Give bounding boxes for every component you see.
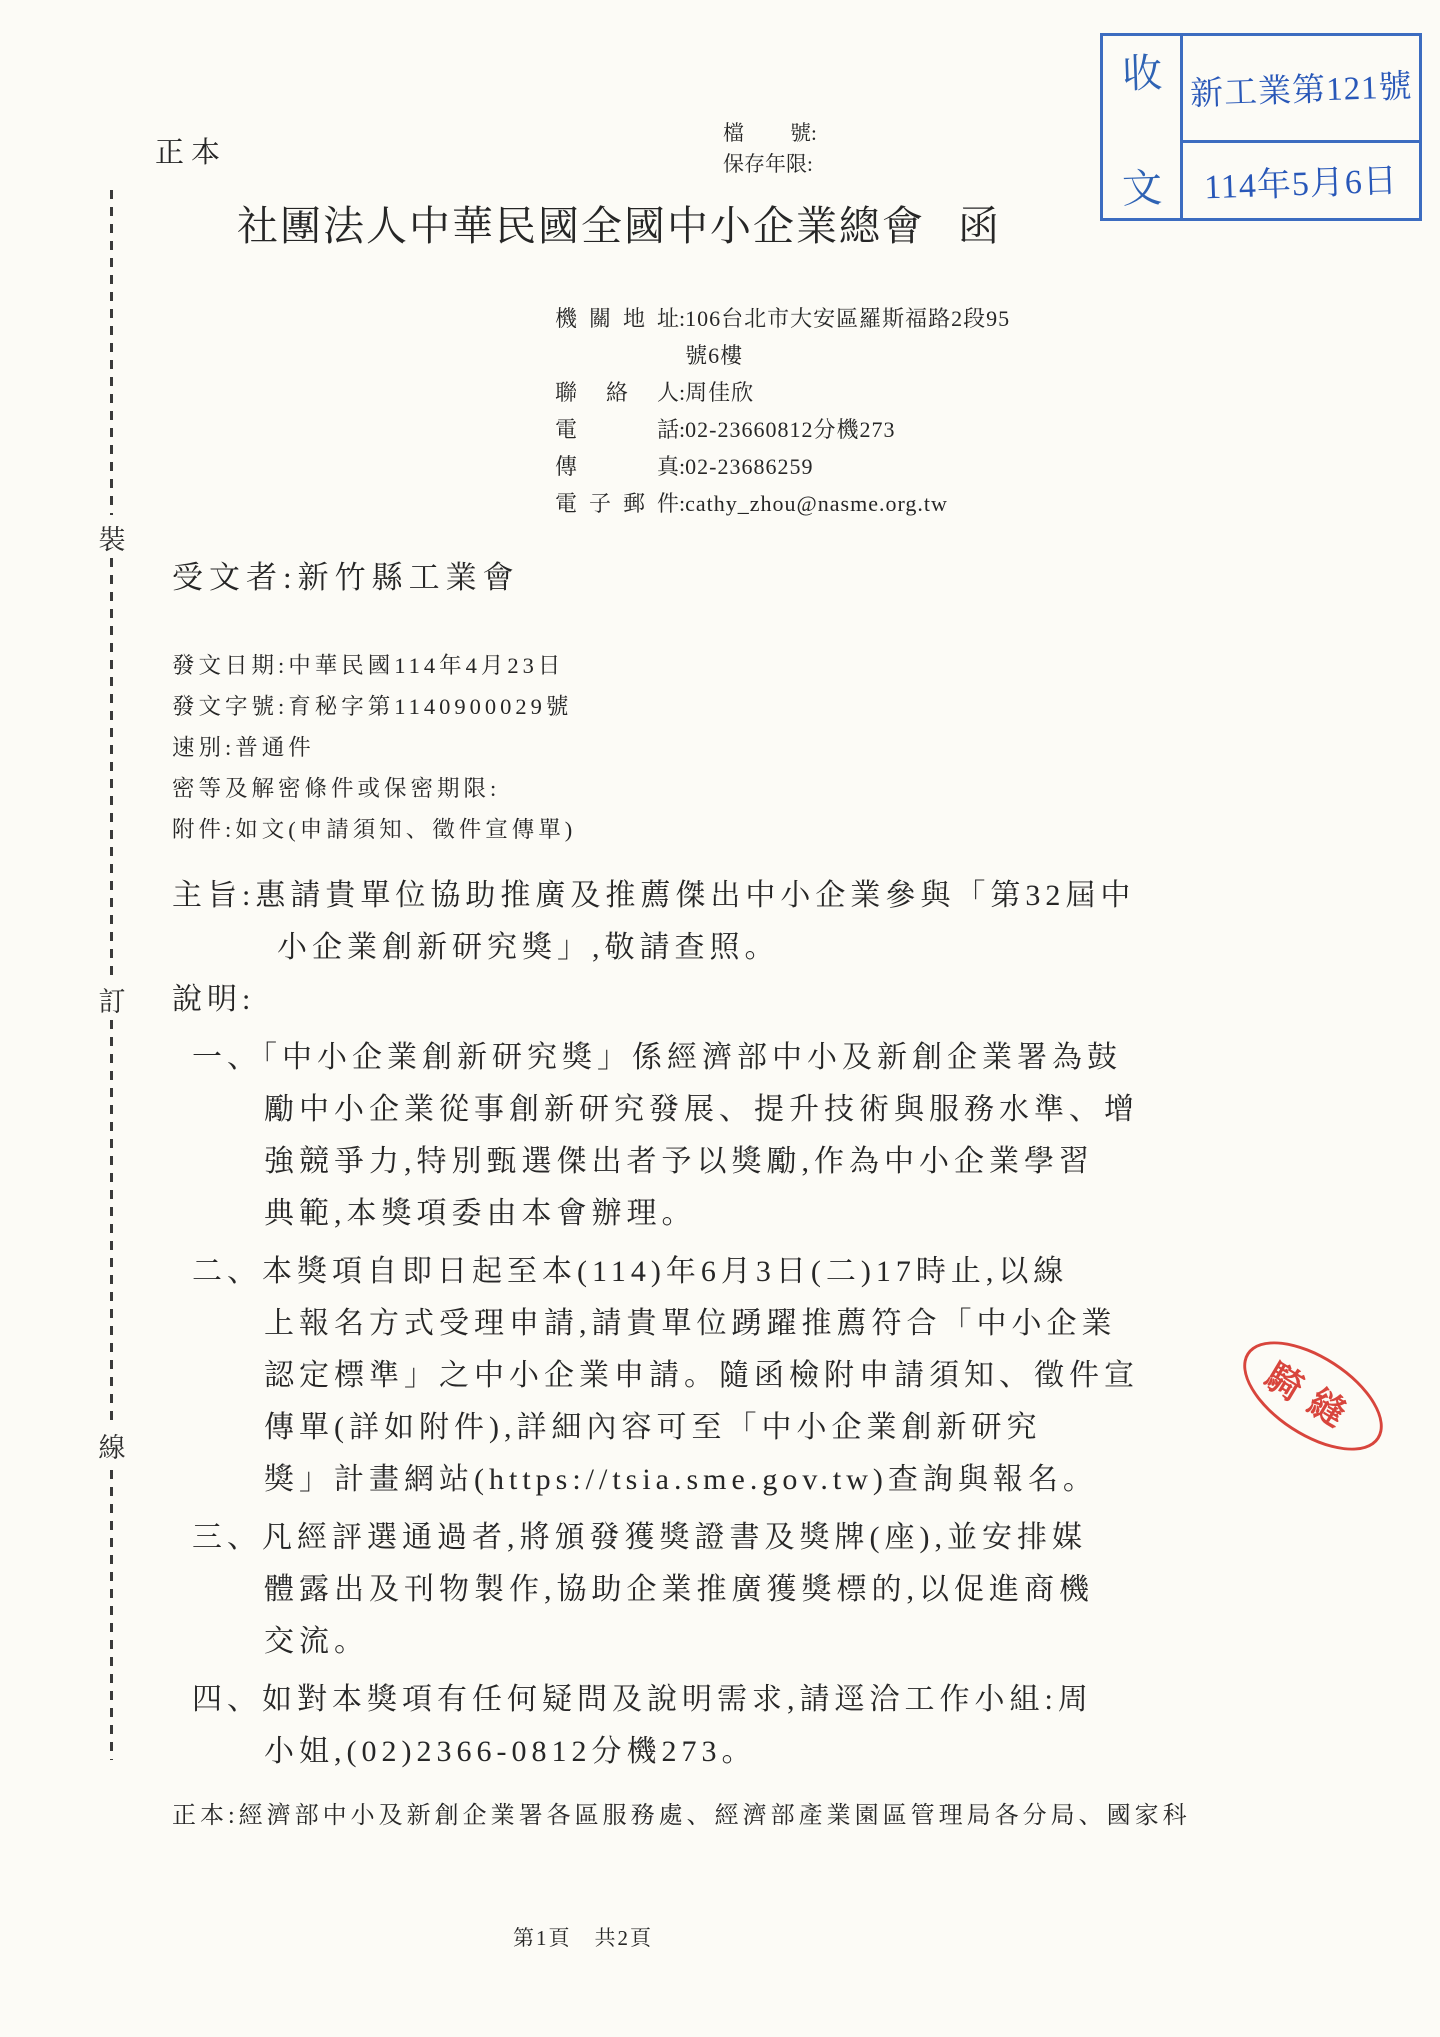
sender-fax-value: 02-23686259 xyxy=(685,448,813,485)
explanation-label: 說明: xyxy=(172,974,1292,1026)
file-number-label: 檔號 xyxy=(723,118,811,149)
sender-email-label: 電子郵件 xyxy=(555,485,679,522)
binding-dashed-line-segment xyxy=(110,190,113,515)
sender-contact-person-value: 周佳欣 xyxy=(685,374,754,411)
sender-fax-label: 傳真 xyxy=(555,448,679,485)
retention-row: 保存年限: xyxy=(723,149,817,180)
sender-email-value: cathy_zhou@nasme.org.tw xyxy=(685,485,948,522)
security-class-line: 密等及解密條件或保密期限: xyxy=(172,768,576,809)
sender-contact-person-label: 聯絡人 xyxy=(555,374,679,411)
explanation-item-4: 四、如對本獎項有任何疑問及說明需求,請逕洽工作小組:周 小姐,(02)2366-… xyxy=(192,1674,1292,1778)
explanation-item-2: 二、本獎項自即日起至本(114)年6月3日(二)17時止,以線 上報名方式受理申… xyxy=(192,1246,1292,1506)
file-number-colon: : xyxy=(811,118,817,149)
letter-body: 主旨:惠請貴單位協助推廣及推薦傑出中小企業參與「第32屆中 小企業創新研究獎」,… xyxy=(172,870,1292,1778)
subject-paragraph: 主旨:惠請貴單位協助推廣及推薦傑出中小企業參與「第32屆中 小企業創新研究獎」,… xyxy=(172,870,1292,974)
issue-date-line: 發文日期:中華民國114年4月23日 xyxy=(172,645,576,686)
binding-dashed-line-segment xyxy=(110,1020,113,1420)
binding-mark-xian: 線 xyxy=(93,1426,131,1465)
retention-label: 保存年限: xyxy=(723,149,813,180)
copy-type-label: 正本 xyxy=(155,130,227,171)
binding-mark-zhuang: 裝 xyxy=(93,518,131,557)
explanation-item-1: 一、「中小企業創新研究獎」係經濟部中小及新創企業署為鼓 勵中小企業從事創新研究發… xyxy=(192,1032,1292,1240)
sender-fax-row: 傳真:02-23686259 xyxy=(555,448,1010,485)
scanned-official-letter: 裝 訂 線 正本 檔號: 保存年限: 收 文 新工業第121號 114年5月6日… xyxy=(0,0,1440,2037)
explanation-item-3: 三、凡經評選通過者,將頒發獲獎證書及獎牌(座),並安排媒 體露出及刊物製作,協助… xyxy=(192,1512,1292,1668)
sender-address-value: 106台北市大安區羅斯福路2段95 號6樓 xyxy=(685,300,1010,374)
receipt-date-handwritten: 114年5月6日 xyxy=(1203,152,1398,208)
issuing-organization-name: 社團法人中華民國全國中小企業總會 xyxy=(237,193,925,252)
document-meta-block: 發文日期:中華民國114年4月23日 發文字號:育秘字第1140900029號 … xyxy=(172,645,576,850)
receipt-stamp-fields: 新工業第121號 114年5月6日 xyxy=(1183,36,1419,218)
sender-phone-value: 02-23660812分機273 xyxy=(685,411,895,448)
sender-contact-block: 機關地址:106台北市大安區羅斯福路2段95 號6樓 聯絡人:周佳欣 電話:02… xyxy=(555,300,1010,522)
document-title: 社團法人中華民國全國中小企業總會 函 xyxy=(237,193,999,252)
binding-mark-ding: 訂 xyxy=(93,980,131,1019)
binding-dashed-line-segment xyxy=(110,1470,113,1760)
issue-number-line: 發文字號:育秘字第1140900029號 xyxy=(172,686,576,727)
sender-contact-person-row: 聯絡人:周佳欣 xyxy=(555,374,1010,411)
receipt-stamp-char-wen: 文 xyxy=(1121,156,1163,214)
receipt-stamp-char-shou: 收 xyxy=(1121,41,1163,99)
file-number-row: 檔號: xyxy=(723,118,817,149)
sender-phone-row: 電話:02-23660812分機273 xyxy=(555,411,1010,448)
sender-address-row: 機關地址:106台北市大安區羅斯福路2段95 號6樓 xyxy=(555,300,1010,374)
receipt-stamp-vertical-label: 收 文 xyxy=(1103,36,1183,218)
page-number-footer: 第1頁 共2頁 xyxy=(513,1922,653,1952)
binding-dashed-line-segment xyxy=(110,558,113,976)
receipt-doc-number-cell: 新工業第121號 xyxy=(1183,36,1419,143)
recipient-line: 受文者:新竹縣工業會 xyxy=(172,552,520,597)
sender-address-label: 機關地址 xyxy=(555,300,679,337)
attachment-line: 附件:如文(申請須知、徵件宣傳單) xyxy=(172,809,576,850)
sender-email-row: 電子郵件:cathy_zhou@nasme.org.tw xyxy=(555,485,1010,522)
file-number-block: 檔號: 保存年限: xyxy=(723,118,817,180)
receipt-date-cell: 114年5月6日 xyxy=(1183,143,1419,218)
document-type-letter: 函 xyxy=(958,193,999,252)
receipt-stamp-box: 收 文 新工業第121號 114年5月6日 xyxy=(1100,33,1422,221)
original-copy-recipients-line: 正本:經濟部中小及新創企業署各區服務處、經濟部產業園區管理局各分局、國家科 xyxy=(172,1795,1191,1830)
receipt-doc-number-handwritten: 新工業第121號 xyxy=(1189,60,1413,115)
sender-phone-label: 電話 xyxy=(555,411,679,448)
speed-class-line: 速別:普通件 xyxy=(172,727,576,768)
